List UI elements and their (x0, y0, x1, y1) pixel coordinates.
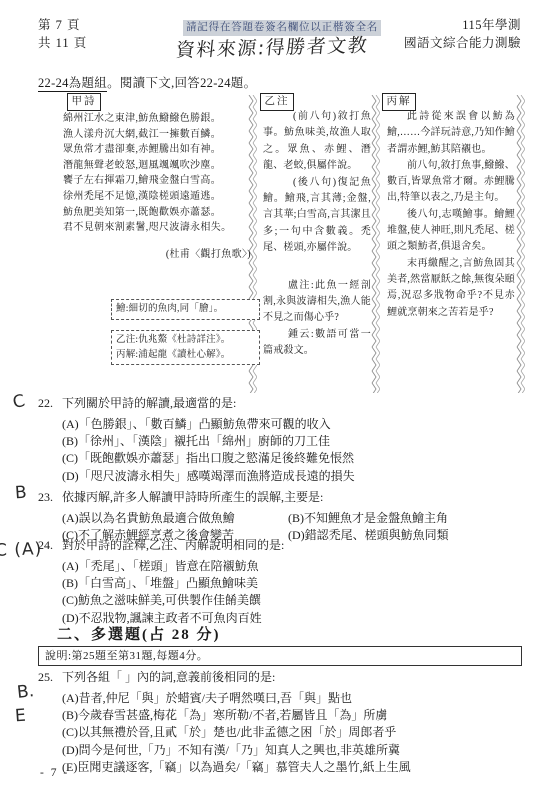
exam-subject: 國語文綜合能力測驗 (404, 34, 521, 52)
yi-paragraph: (後八句)復記魚鱠。鱠飛,言其薄;金盤,言其華;白雪高,言其潔且多;一句中含數義… (263, 175, 371, 257)
option-text: 「徐州」、「漢陰」襯托出「綿州」廚師的刀工佳 (78, 434, 330, 448)
poem-panel: 綿州江水之東津,魴魚鱍鱍色勝銀。 漁人漾舟沉大網,截江一擁數百鱗。 眾魚常才盡卻… (63, 111, 253, 260)
question-number: 23. (38, 489, 62, 506)
option-a: (A)誤以為名貴魴魚最適合做魚鱠 (62, 510, 288, 527)
group-range-underlined: 22-24為題組 (38, 76, 107, 92)
option-label: (B) (62, 576, 78, 590)
section-2-title: 二、多選題(占 28 分) (57, 623, 221, 644)
page-current: 第 7 頁 (38, 16, 87, 34)
option-d: (D)「咫尺波濤永相失」感嘆竭澤而漁將造成長遠的損失 (62, 468, 534, 485)
page-total: 共 11 頁 (38, 34, 87, 52)
poem-line: 眾魚常才盡卻棄,赤鯉騰出如有神。 (63, 142, 253, 158)
question-25: 25. 下列各組「 」內的詞,意義前後相同的是: (A)昔者,仲尼「與」於蜡賓/… (38, 669, 534, 776)
poem-line: 潛龍無聲老蛟怒,迴風颯颯吹沙塵。 (63, 158, 253, 174)
option-label: (A) (62, 511, 79, 525)
question-22: 22. 下列關於甲詩的解讀,最適當的是: (A)「色勝銀」、「數百鱗」凸顯魴魚帶… (38, 395, 534, 485)
option-label: (D) (62, 743, 79, 757)
handwritten-answer-q25-2: E (14, 706, 26, 727)
option-text: 以其無禮於晉,且貳「於」楚也/此非孟德之困「於」周郎者乎 (78, 725, 396, 739)
option-text: 不知鯉魚才是金盤魚鱠主角 (304, 511, 448, 525)
question-number: 25. (38, 669, 62, 686)
option-text: 昔者,仲尼「與」於蜡賓/夫子喟然嘆曰,吾「與」點也 (79, 691, 352, 705)
option-d: (D)問今是何世,「乃」不知有漢/「乃」知真人之興也,非英雄所冀 (62, 742, 534, 759)
option-label: (A) (62, 559, 79, 573)
yi-note-panel: (前八句)敘打魚事。魴魚味美,故漁人取之。眾魚、赤鯉、潛龍、老蛟,俱屬伴說。 (… (263, 109, 371, 360)
option-a: (A)「禿尾」、「槎頭」皆意在陪襯魴魚 (62, 558, 534, 575)
option-text: 臣聞吏議逐客,「竊」以為過矣/「竊」慕管夫人之墨竹,紙上生風 (77, 760, 410, 774)
option-b: (B)「白雪高」、「堆盤」凸顯魚鱠味美 (62, 575, 534, 592)
option-a: (A)昔者,仲尼「與」於蜡賓/夫子喟然嘆曰,吾「與」點也 (62, 690, 534, 707)
option-label: (C) (62, 725, 78, 739)
question-stem: 依據丙解,許多人解讀甲詩時所產生的誤解,主要是: (62, 489, 323, 506)
torn-edge-separator (370, 95, 380, 393)
option-a: (A)「色勝銀」、「數百鱗」凸顯魴魚帶來可觀的收入 (62, 416, 534, 433)
option-text: 「禿尾」、「槎頭」皆意在陪襯魴魚 (79, 559, 259, 573)
poem-line: 徐州禿尾不足憶,漢陰槎頭遠遁逃。 (63, 189, 253, 205)
question-stem: 對於甲詩的詮釋,乙注、丙解說明相同的是: (62, 537, 284, 554)
option-c: (C)「既飽歡娛亦蕭瑟」指出口腹之慾滿足後終難免悵然 (62, 450, 534, 467)
bing-analysis-panel: 此詩從來誤會以魴為鱠,……今詳玩詩意,乃知作鱠者謂赤鯉,魴其陪襯也。 前八句,敘… (387, 109, 515, 321)
exam-year: 115年學測 (404, 16, 521, 34)
option-text: 誤以為名貴魴魚最適合做魚鱠 (79, 511, 235, 525)
sources-box: 乙注:仇兆鰲《杜詩詳注》。 丙解:浦起龍《讀杜心解》。 (111, 330, 260, 365)
question-stem: 下列各組「 」內的詞,意義前後相同的是: (62, 669, 275, 686)
yi-paragraph: 鍾云:數語可當一篇戒殺文。 (263, 327, 371, 360)
bing-paragraph: 末再繳醒之,言魴魚固其美者,然當厭飫之餘,無復朵頤焉,況忍多戕物命乎?不見赤鯉就… (387, 256, 515, 321)
option-text: 「色勝銀」、「數百鱗」凸顯魴魚帶來可觀的收入 (79, 417, 331, 431)
question-number: 22. (38, 395, 62, 412)
group-intro-rest: 。閱讀下文,回答22-24題。 (107, 76, 256, 90)
option-text: 問今是何世,「乃」不知有漢/「乃」知真人之興也,非英雄所冀 (79, 743, 400, 757)
exam-title-block: 115年學測 國語文綜合能力測驗 (404, 16, 521, 52)
option-label: (C) (62, 593, 78, 607)
poem-line: 綿州江水之東津,魴魚鱍鱍色勝銀。 (63, 111, 253, 127)
source-yi: 乙注:仇兆鰲《杜詩詳注》。 (116, 333, 255, 348)
poem-attribution: (杜甫〈觀打魚歌〉) (63, 245, 253, 260)
option-b: (B)今歲春雪甚盛,梅花「為」寒所勒/不者,若屬皆且「為」所虜 (62, 707, 534, 724)
option-c: (C)魴魚之滋味鮮美,可供製作佳餚美饌 (62, 592, 534, 609)
poem-line: 漁人漾舟沉大網,截江一擁數百鱗。 (63, 127, 253, 143)
option-label: (C) (62, 451, 78, 465)
option-label: (B) (288, 511, 304, 525)
bing-paragraph: 此詩從來誤會以魴為鱠,……今詳玩詩意,乃知作鱠者謂赤鯉,魴其陪襯也。 (387, 109, 515, 158)
handwritten-source-note: 資料來源:得勝者文教 (175, 30, 370, 62)
torn-edge-separator (515, 95, 525, 393)
option-text: 「白雪高」、「堆盤」凸顯魚鱠味美 (78, 576, 258, 590)
option-label: (D) (62, 469, 79, 483)
panel-label-jia-poem: 甲詩 (67, 93, 101, 111)
section-2-instruction-box: 說明:第25題至第31題,每題4分。 (38, 646, 522, 666)
option-label: (A) (62, 417, 79, 431)
gloss-box: 鱠:細切的魚肉,同「膾」。 (111, 299, 260, 320)
option-label: (A) (62, 691, 79, 705)
bing-paragraph: 後八句,志嘆鱠事。鱠鯉堆盤,使人神旺,則凡禿尾、槎頭之類魴者,俱退舍矣。 (387, 207, 515, 256)
option-text: 今歲春雪甚盛,梅花「為」寒所勒/不者,若屬皆且「為」所虜 (78, 708, 387, 722)
exam-page: 第 7 頁 共 11 頁 請記得在答題卷簽名欄位以正楷簽全名 資料來源:得勝者文… (0, 0, 560, 800)
option-label: (B) (62, 708, 78, 722)
question-group-intro: 22-24為題組。閱讀下文,回答22-24題。 (38, 73, 256, 91)
yi-paragraph: (前八句)敘打魚事。魴魚味美,故漁人取之。眾魚、赤鯉、潛龍、老蛟,俱屬伴說。 (263, 109, 371, 175)
yi-paragraph: 盧注:此魚一經剖割,永與波濤相失,漁人能不見之而傷心乎? (263, 278, 371, 327)
option-text: 「既飽歡娛亦蕭瑟」指出口腹之慾滿足後終難免悵然 (78, 451, 354, 465)
option-text: 魴魚之滋味鮮美,可供製作佳餚美饌 (78, 593, 261, 607)
handwritten-answer-q22: C (11, 391, 27, 413)
poem-line: 君不見朝來割素鬐,咫尺波濤永相失。 (63, 220, 253, 236)
option-b: (B)不知鯉魚才是金盤魚鱠主角 (288, 510, 448, 527)
option-b: (B)「徐州」、「漢陰」襯托出「綿州」廚師的刀工佳 (62, 433, 534, 450)
page-number-block: 第 7 頁 共 11 頁 (38, 16, 87, 52)
option-text: 「咫尺波濤永相失」感嘆竭澤而漁將造成長遠的損失 (79, 469, 355, 483)
poem-line: 魴魚肥美知第一,既飽歡娛亦蕭瑟。 (63, 205, 253, 221)
handwritten-answer-q24: C (A) (0, 539, 43, 561)
question-stem: 下列關於甲詩的解讀,最適當的是: (62, 395, 236, 412)
handwritten-answer-q25-1: B. (16, 681, 35, 703)
bing-paragraph: 前八句,敘打魚事,鱍鱍、數百,皆眾魚常才爾。赤鯉騰出,特筆以表之,乃是主句。 (387, 158, 515, 207)
option-c: (C)以其無禮於晉,且貳「於」楚也/此非孟德之困「於」周郎者乎 (62, 724, 534, 741)
option-label: (B) (62, 434, 78, 448)
question-24: 24. 對於甲詩的詮釋,乙注、丙解說明相同的是: (A)「禿尾」、「槎頭」皆意在… (38, 537, 534, 627)
handwritten-answer-q23: B (14, 483, 27, 504)
option-e: (E)臣聞吏議逐客,「竊」以為過矣/「竊」慕管夫人之墨竹,紙上生風 (62, 759, 534, 776)
source-bing: 丙解:浦起龍《讀杜心解》。 (116, 348, 255, 363)
poem-line: 饔子左右揮霜刀,鱠飛金盤白雪高。 (63, 173, 253, 189)
page-footer-number: - 7 - (40, 767, 69, 779)
